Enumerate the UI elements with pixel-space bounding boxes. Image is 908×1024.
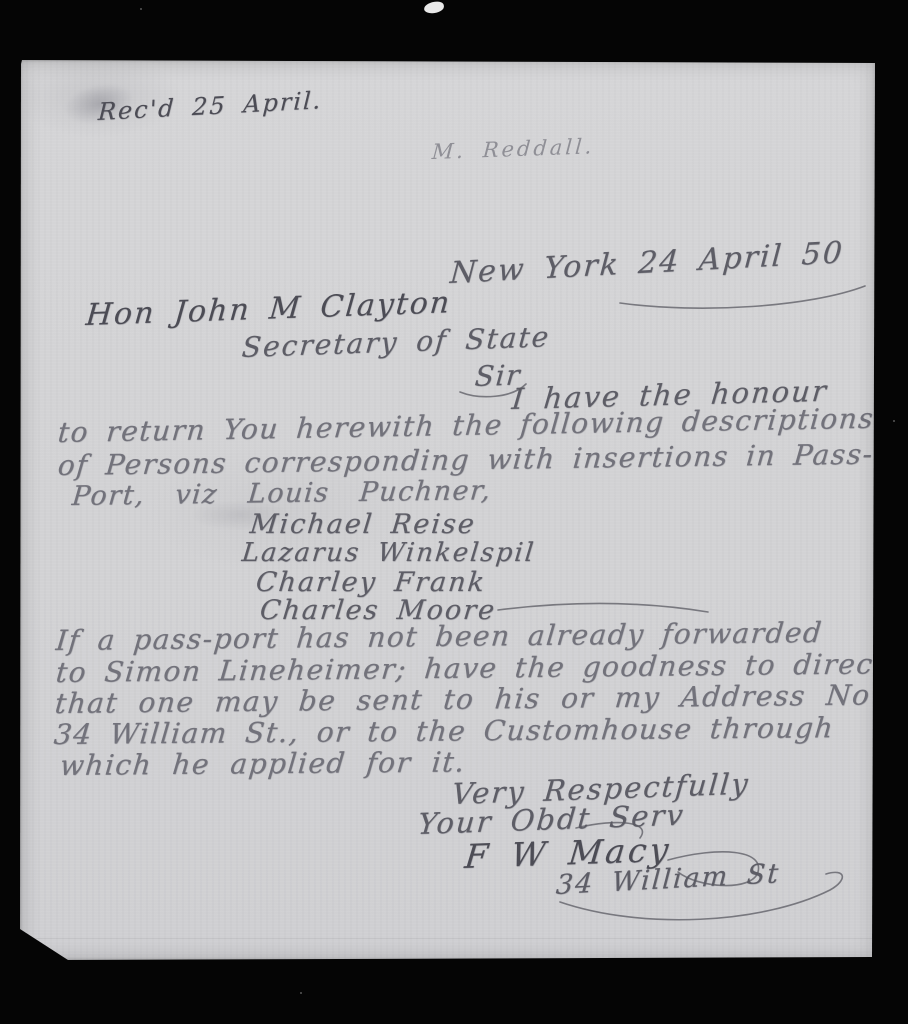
body-line-name: Charley Frank [254, 567, 487, 598]
dust-speck [423, 1, 444, 15]
scan-background: Rec'd 25 April. M. Reddall. New York 24 … [0, 0, 908, 1024]
name-tail-flourish [498, 603, 708, 612]
recipient-title: Secretary of State [241, 320, 552, 364]
dust-dot [893, 420, 895, 422]
dateline: New York 24 April 50 [449, 235, 845, 291]
docket-name-note: M. Reddall. [431, 134, 595, 164]
letter-page: Rec'd 25 April. M. Reddall. New York 24 … [20, 60, 876, 960]
dust-dot [140, 8, 142, 10]
dateline-underline-flourish [620, 286, 865, 308]
body-line-name: Michael Reise [248, 509, 477, 540]
dust-dot [300, 992, 302, 994]
body-line-name: Lazarus Winkelspil [240, 538, 536, 568]
body-line: Port, viz Louis Puchner, [71, 475, 493, 512]
docket-received-note: Rec'd 25 April. [97, 86, 323, 126]
scan-artifact-line [20, 938, 876, 939]
body-line: which he applied for it. [58, 745, 467, 782]
